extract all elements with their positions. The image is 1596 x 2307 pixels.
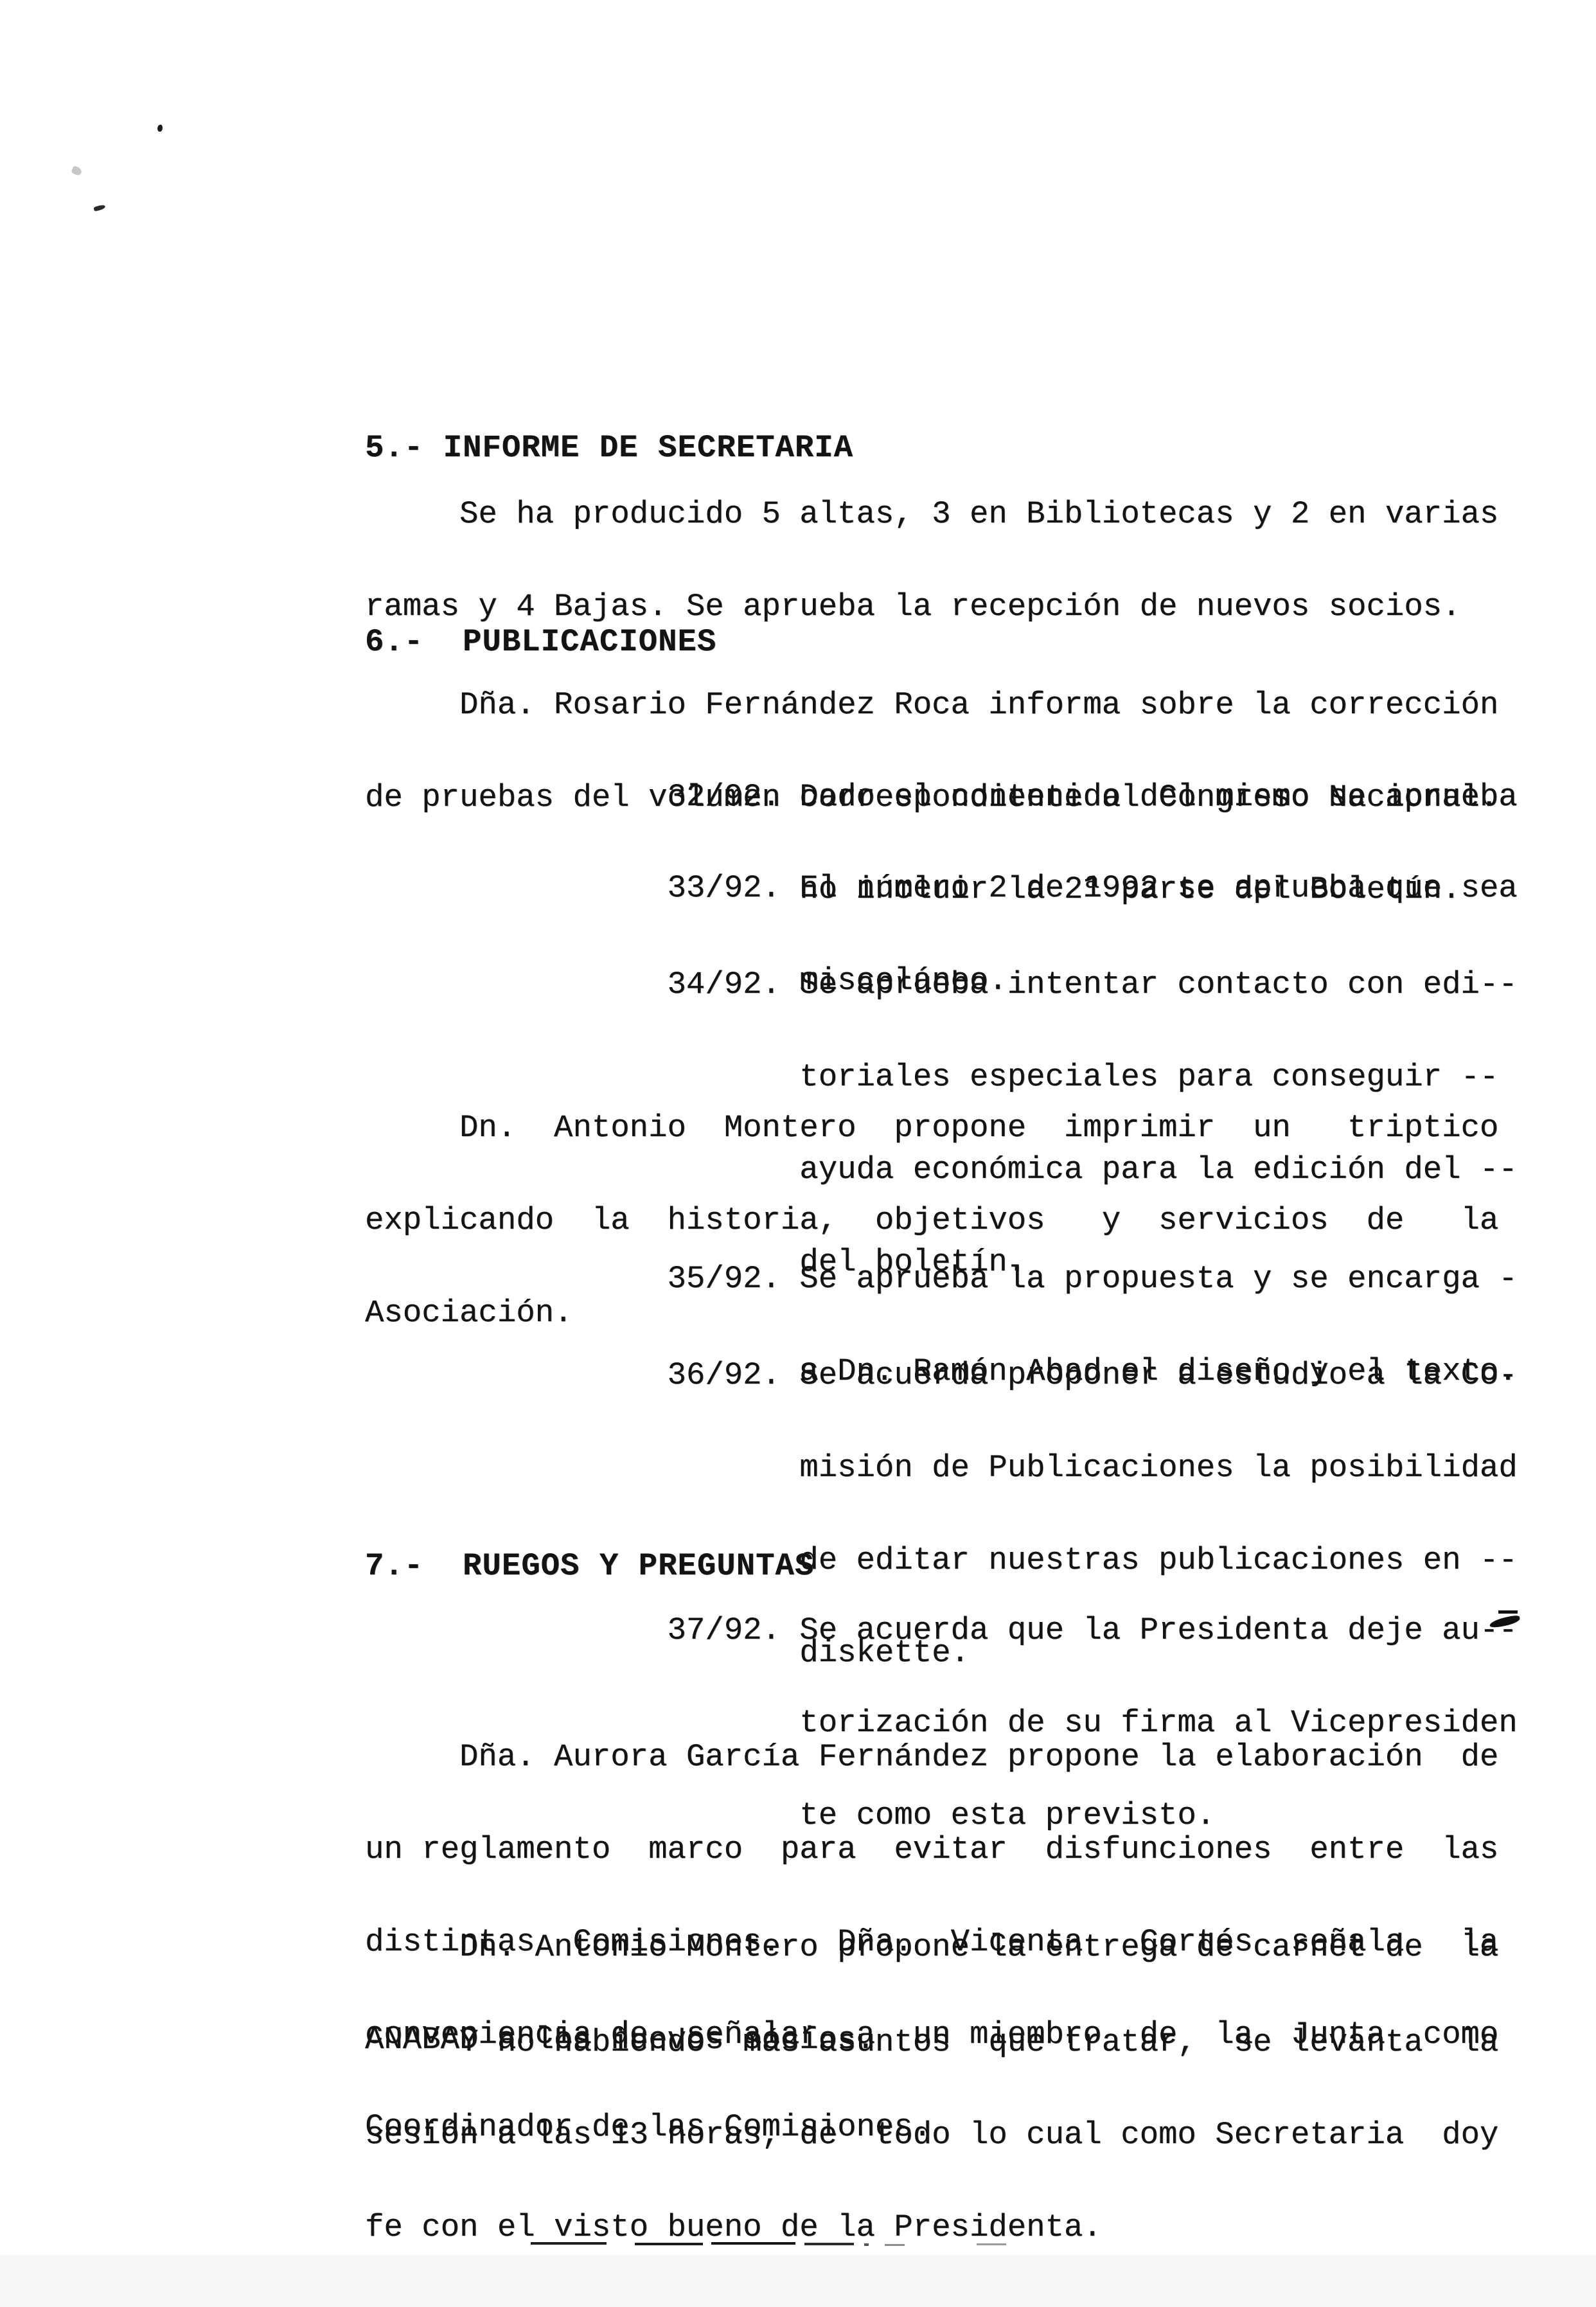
scan-speck [93, 204, 105, 211]
doc-line: 35/92. Se aprueba la propuesta y se enca… [365, 1263, 1518, 1294]
doc-line: Se ha producido 5 altas, 3 en Biblioteca… [365, 499, 1498, 530]
scan-line-fragment [531, 2242, 607, 2245]
doc-line: fe con el visto bueno de la Presidenta. [365, 2212, 1498, 2243]
scan-line-fragment [711, 2242, 795, 2245]
doc-line: Dña. Aurora García Fernández propone la … [365, 1741, 1498, 1772]
typed-underscore [1498, 1610, 1518, 1614]
scan-line-fragment [977, 2243, 1006, 2245]
scan-speck [157, 125, 163, 132]
scan-speck [71, 165, 83, 176]
scanned-minutes-page: 5.- INFORME DE SECRETARIA Se ha producid… [0, 0, 1596, 2255]
scan-line-fragment [885, 2244, 905, 2246]
doc-line: 37/92. Se acuerda que la Presidenta deje… [365, 1615, 1518, 1646]
doc-line: misión de Publicaciones la posibilidad [365, 1452, 1518, 1483]
doc-line: Dn. Antonio Montero propone imprimir un … [365, 1112, 1498, 1143]
doc-line: 34/92. Se aprueba intentar contacto con … [365, 969, 1518, 1000]
doc-line: 32/92. Dado el contenido del mismo se ap… [365, 781, 1518, 812]
doc-line: un reglamento marco para evitar disfunci… [365, 1834, 1498, 1865]
doc-line: Y no habiendo más asuntos que tratar, se… [365, 2027, 1498, 2058]
doc-line: 36/92. Se acuerda proponer a estudio a l… [365, 1360, 1518, 1391]
scan-line-fragment [864, 2243, 869, 2246]
paragraph-cierre-sesion: Y no habiendo más asuntos que tratar, se… [365, 1965, 1498, 2255]
doc-line: 33/92. El número 2 de 1992 se aprueba qu… [365, 873, 1518, 904]
scan-line-fragment [635, 2243, 703, 2245]
doc-line: Dn. Antonio Montero propone la entrega d… [365, 1932, 1498, 1963]
doc-line: sesión a las 13 horas, de todo lo cual c… [365, 2119, 1498, 2150]
scan-line-fragment [804, 2243, 854, 2245]
doc-line: Dña. Rosario Fernández Roca informa sobr… [365, 690, 1498, 720]
